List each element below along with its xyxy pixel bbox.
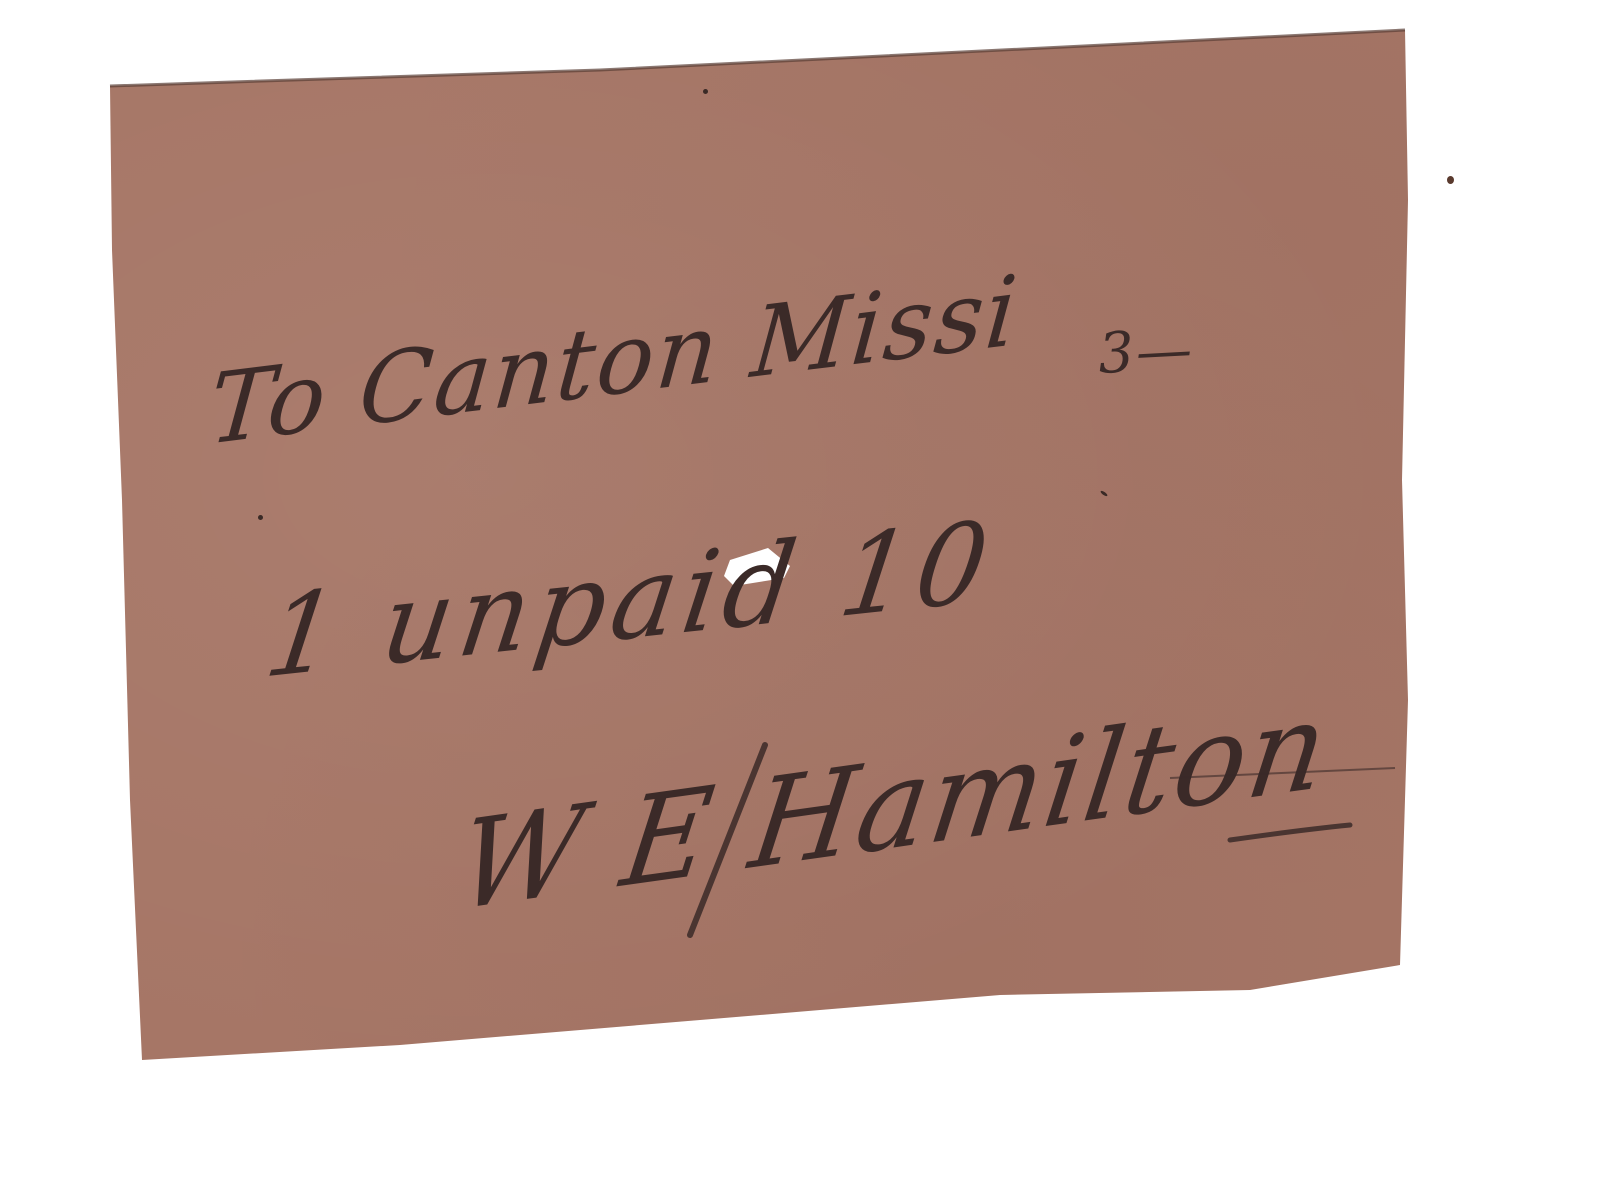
scan-background: To Canton Missi 3— 1 unpaid 10 W E Hamil… — [0, 0, 1600, 1190]
rate-mark: 3— — [1097, 317, 1196, 387]
paper-speck — [703, 89, 708, 94]
paper-speck — [258, 515, 263, 520]
paper-speck — [1447, 176, 1454, 184]
